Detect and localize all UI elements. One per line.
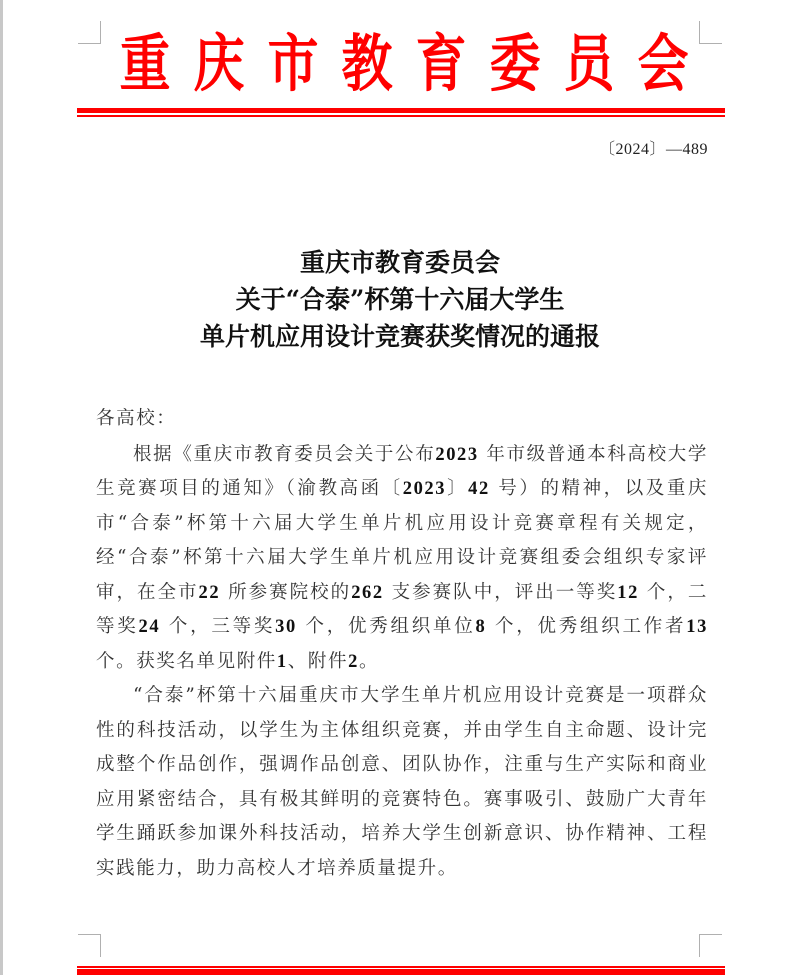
text: 。 [359, 651, 379, 672]
footer-red-rule [77, 969, 725, 975]
title-line-3: 单片机应用设计竞赛获奖情况的通报 [0, 318, 800, 355]
text: 个，优秀组织单位 [305, 616, 475, 637]
margin-corner-bottom-left [78, 934, 101, 957]
masthead-char: 庆 [194, 28, 245, 100]
text: 根据《重庆市教育委员会关于公布 [133, 444, 435, 465]
number: 2023 [403, 479, 446, 499]
masthead-red-rule-thin [77, 115, 725, 117]
document-number: 〔2024〕—489 [599, 136, 708, 159]
number: 262 [351, 583, 384, 603]
title-line-2: 关于“合泰”杯第十六届大学生 [0, 281, 800, 318]
text: 个。获奖名单见附件 [96, 651, 277, 672]
masthead-char: 会 [637, 28, 688, 100]
viewer-left-edge [0, 0, 3, 975]
number: 13 [686, 617, 708, 637]
masthead-char: 教 [342, 28, 393, 100]
masthead-char: 委 [490, 28, 541, 100]
number: 30 [275, 617, 297, 637]
text: 、附件 [288, 651, 348, 672]
number: 2023 [435, 445, 478, 465]
number: 24 [139, 617, 161, 637]
document-masthead: 重 庆 市 教 育 委 员 会 [78, 28, 724, 100]
margin-corner-bottom-right [699, 934, 722, 957]
number: 12 [617, 583, 639, 603]
number: 2 [348, 652, 359, 672]
footer-red-rule-thin [77, 966, 725, 968]
text: 支参赛队中，评出一等奖 [392, 582, 618, 603]
text: 个，三等奖 [169, 616, 275, 637]
salutation: 各高校： [96, 402, 708, 437]
text: 〕 [446, 478, 468, 499]
paragraph-2: “合泰”杯第十六届重庆市大学生单片机应用设计竞赛是一项群众性的科技活动，以学生为… [96, 679, 708, 886]
number: 8 [476, 617, 487, 637]
text: 所参赛院校的 [228, 582, 351, 603]
title-line-1: 重庆市教育委员会 [0, 244, 800, 281]
number: 22 [199, 583, 221, 603]
paragraph-1: 根据《重庆市教育委员会关于公布2023 年市级普通本科高校大学生竞赛项目的通知》… [96, 438, 708, 680]
document-body: 各高校： 根据《重庆市教育委员会关于公布2023 年市级普通本科高校大学生竞赛项… [96, 402, 708, 886]
masthead-char: 员 [563, 28, 614, 100]
masthead-red-rule [77, 108, 725, 113]
masthead-char: 重 [120, 28, 171, 100]
number: 1 [277, 652, 288, 672]
number: 42 [468, 479, 490, 499]
masthead-char: 市 [268, 28, 319, 100]
document-title: 重庆市教育委员会 关于“合泰”杯第十六届大学生 单片机应用设计竞赛获奖情况的通报 [0, 244, 800, 355]
masthead-char: 育 [416, 28, 467, 100]
text: 个，优秀组织工作者 [495, 616, 686, 637]
